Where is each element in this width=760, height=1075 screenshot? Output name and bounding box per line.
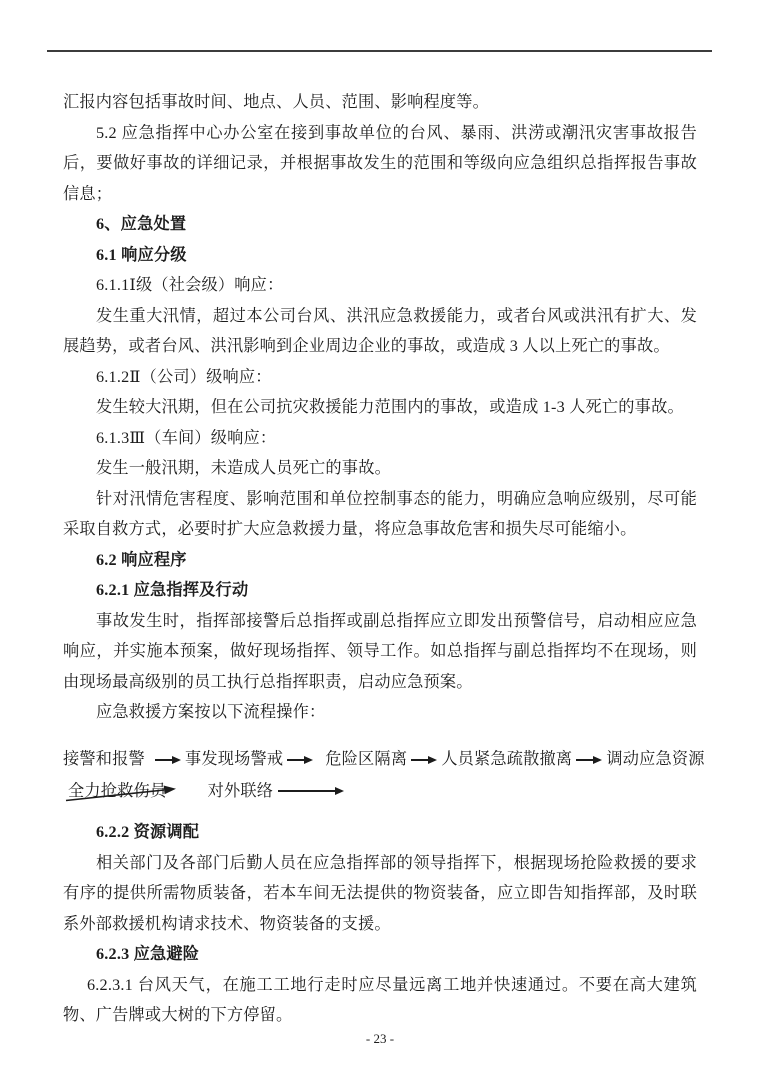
flowchart-row-1: 接警和报警 事发现场警戒 危险区隔离 人员紧急疏散撤离 调动应急资源 [63,744,697,775]
document-body: 汇报内容包括事故时间、地点、人员、范围、影响程度等。 5.2 应急指挥中心办公室… [63,87,697,1031]
paragraph-6-2-3-1-typhoon-advice: 6.2.3.1 台风天气，在施工工地行走时应尽量远离工地并快速通过。不要在高大建… [63,970,697,1031]
paragraph-resource-allocation-description: 相关部门及各部门后勤人员在应急指挥部的领导指挥下，根据现场抢险救援的要求有序的提… [63,848,697,940]
flow-arrow-icon [278,787,344,795]
header-rule [47,50,712,52]
footer-page-number: - 23 - [366,1031,394,1046]
rescue-flowchart: 接警和报警 事发现场警戒 危险区隔离 人员紧急疏散撤离 调动应急资源 全力抢救伤… [63,744,697,808]
heading-6-2-3-emergency-avoidance: 6.2.3 应急避险 [63,939,697,970]
flow-step-external-liaison: 对外联络 [208,776,274,807]
paragraph-6-1-2-level2: 6.1.2Ⅱ（公司）级响应： [63,362,697,393]
heading-6-2-1-command-action: 6.2.1 应急指挥及行动 [63,575,697,606]
flow-arrow-icon [411,756,437,764]
flow-arrow-icon [155,756,181,764]
flow-step-mobilize-resources: 调动应急资源 [606,744,704,775]
paragraph-flow-intro: 应急救援方案按以下流程操作： [63,697,697,728]
paragraph-6-1-3-level3: 6.1.3Ⅲ（车间）级响应： [63,423,697,454]
footer: - 23 - [0,1031,760,1047]
flow-step-receive-alarm: 接警和报警 [63,744,145,775]
heading-6-emergency-handling: 6、应急处置 [63,209,697,240]
paragraph-command-action-description: 事故发生时，指挥部接警后总指挥或副总指挥应立即发出预警信号，启动相应应急响应，并… [63,606,697,698]
paragraph-6-1-1-level1: 6.1.1Ⅰ级（社会级）响应： [63,270,697,301]
paragraph-level3-description: 发生一般汛期，未造成人员死亡的事故。 [63,453,697,484]
paragraph-level1-description: 发生重大汛情，超过本公司台风、洪汛应急救援能力，或者台风或洪汛有扩大、发展趋势，… [63,301,697,362]
flow-step-scene-guard: 事发现场警戒 [185,744,283,775]
paragraph-5-2: 5.2 应急指挥中心办公室在接到事故单位的台风、暴雨、洪涝或潮汛灾害事故报告后，… [63,118,697,210]
flow-step-rescue-injured-label: 全力抢救伤员 [68,782,166,800]
paragraph-response-level-policy: 针对汛情危害程度、影响范围和单位控制事态的能力，明确应急响应级别，尽可能采取自救… [63,484,697,545]
flow-step-rescue-injured: 全力抢救伤员 [63,776,166,807]
flowchart-row-2: 全力抢救伤员 对外联络 [63,776,697,807]
flow-step-danger-zone-isolation: 危险区隔离 [325,744,407,775]
heading-6-1-response-levels: 6.1 响应分级 [63,240,697,271]
paragraph-level2-description: 发生较大汛期，但在公司抗灾救援能力范围内的事故，或造成 1-3 人死亡的事故。 [63,392,697,423]
heading-6-2-response-procedure: 6.2 响应程序 [63,545,697,576]
flow-arrow-icon [287,756,313,764]
heading-6-2-2-resource-allocation: 6.2.2 资源调配 [63,817,697,848]
flow-step-emergency-evacuation: 人员紧急疏散撤离 [441,744,572,775]
paragraph-report-content: 汇报内容包括事故时间、地点、人员、范围、影响程度等。 [63,87,697,118]
flow-arrow-icon [576,756,602,764]
document-page: 汇报内容包括事故时间、地点、人员、范围、影响程度等。 5.2 应急指挥中心办公室… [0,0,760,1075]
